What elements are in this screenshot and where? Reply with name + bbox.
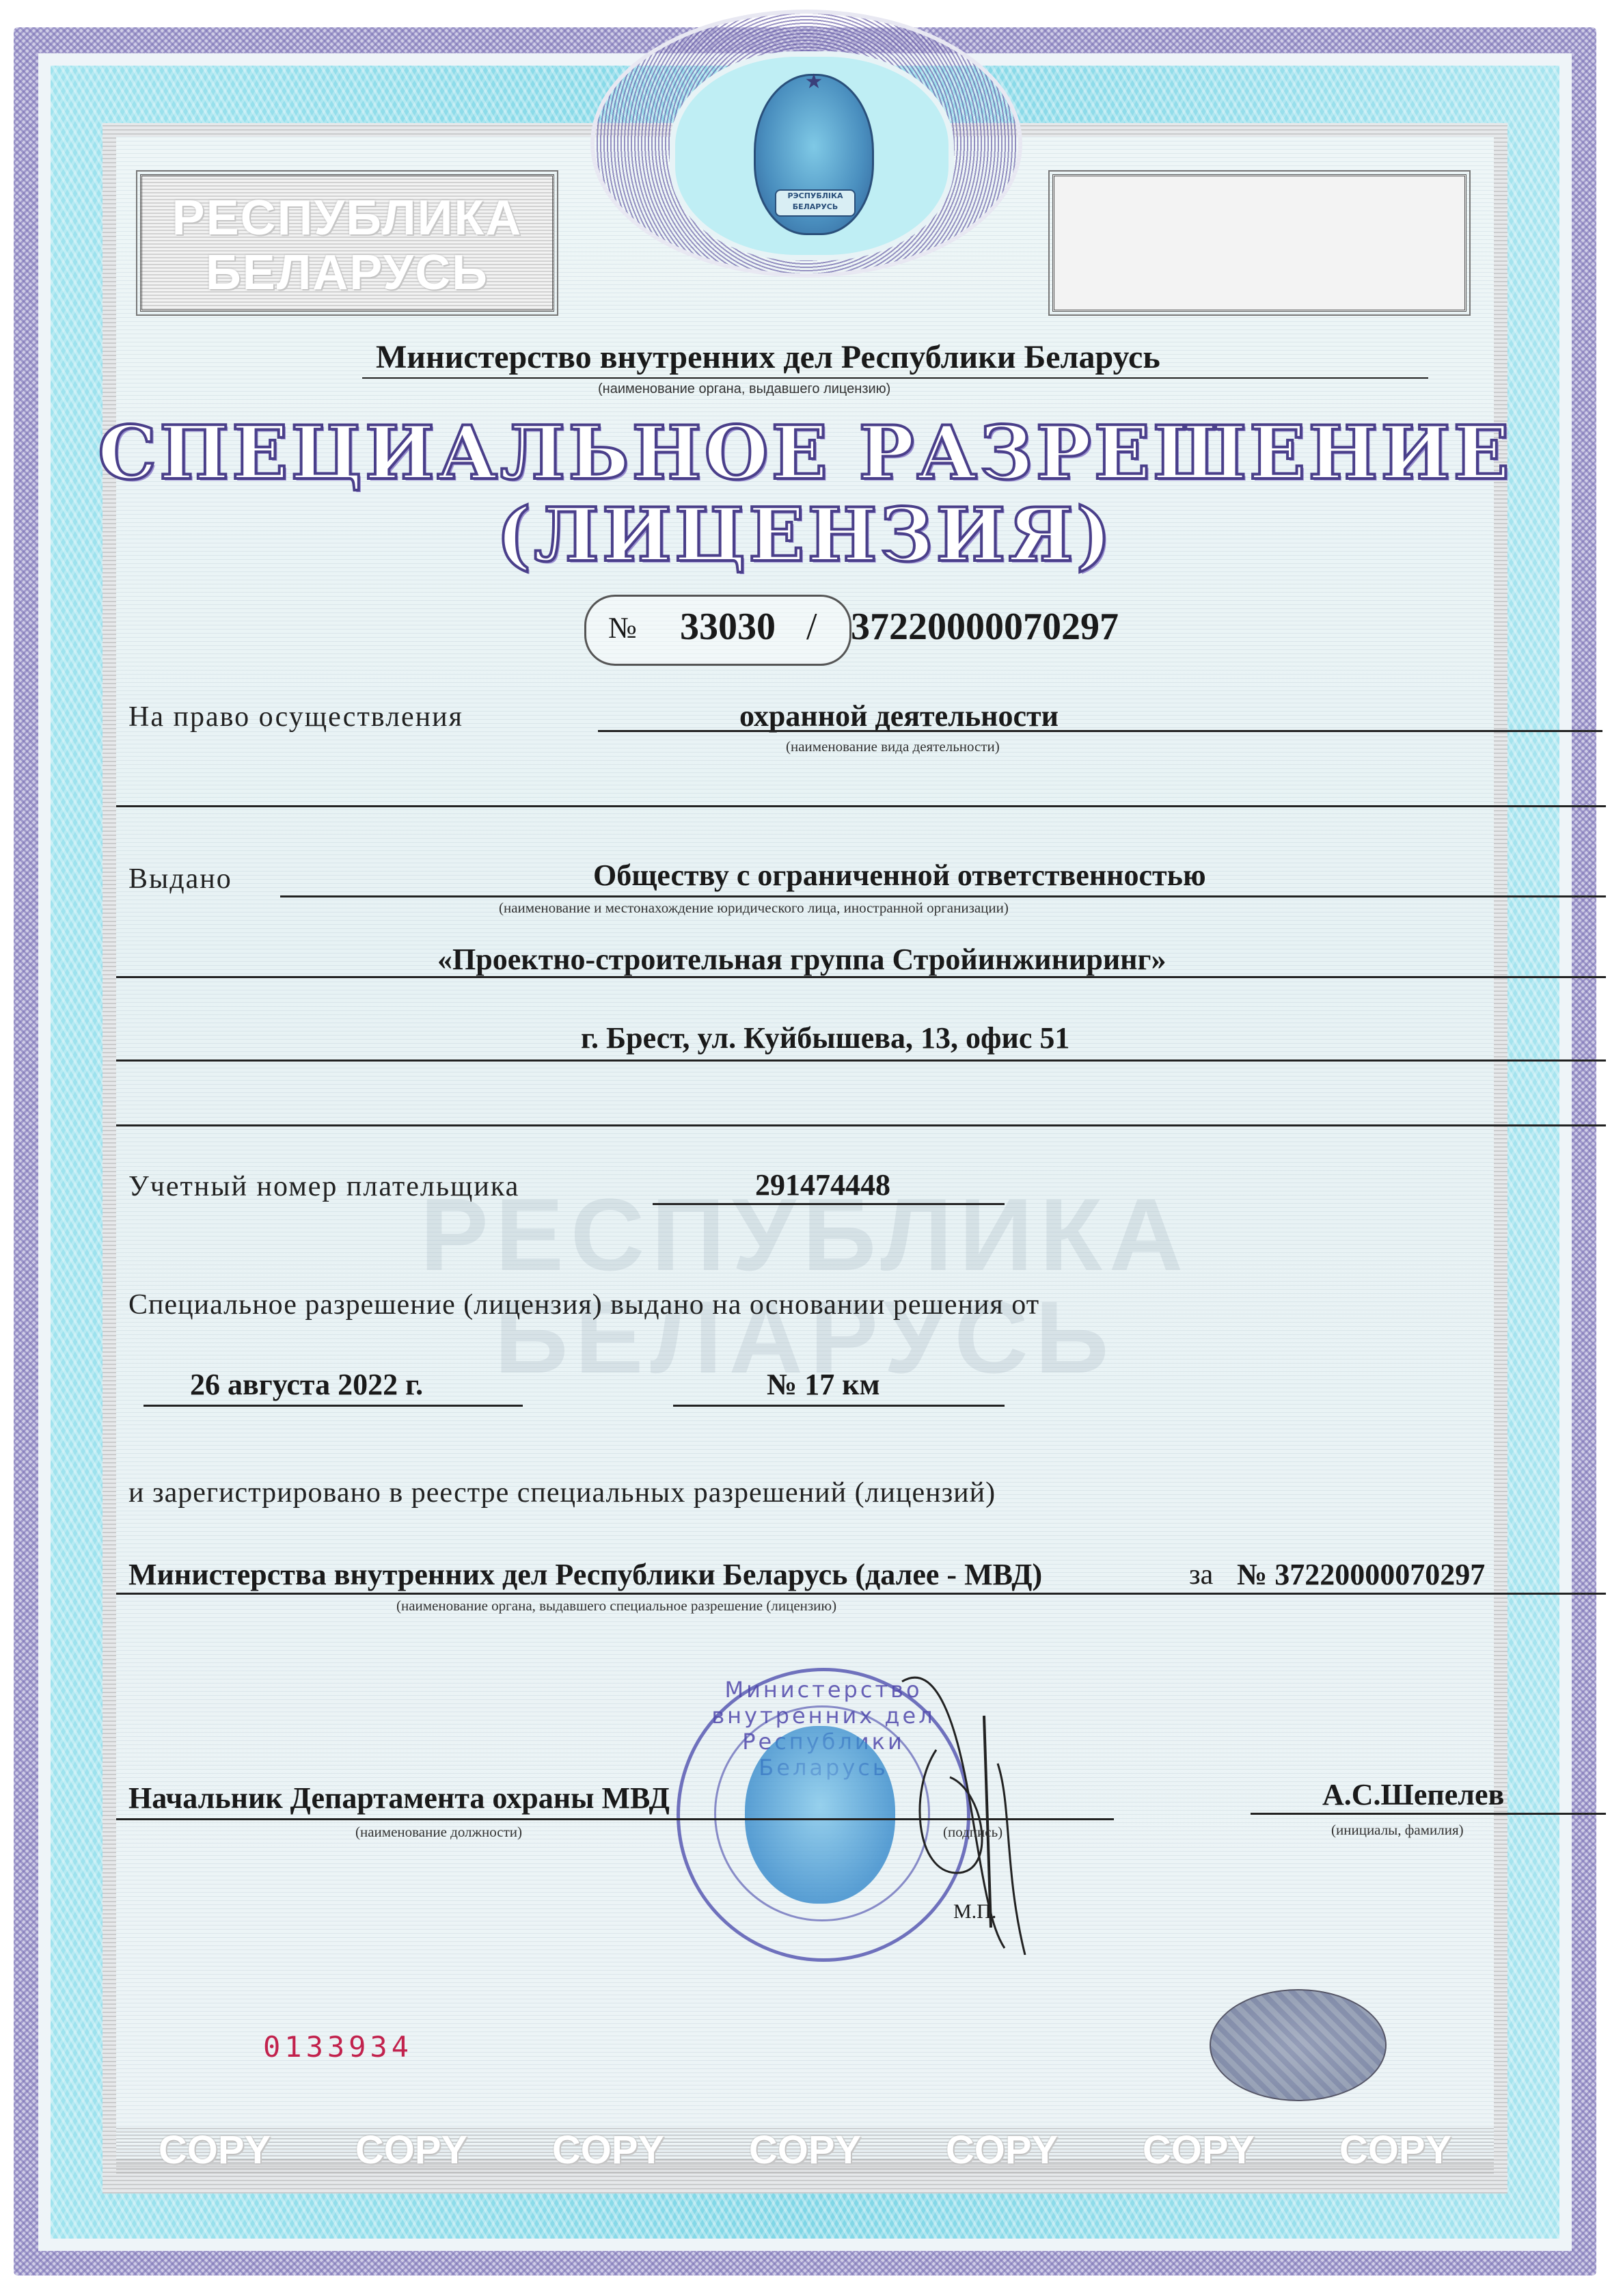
registry-number: 37220000070297: [851, 605, 1119, 649]
taxpayer-number: 291474448: [755, 1167, 890, 1202]
emblem-background: ★ РЭСПУБЛІКА БЕЛАРУСЬ: [670, 51, 954, 260]
emblem-ribbon: РЭСПУБЛІКА БЕЛАРУСЬ: [775, 189, 856, 217]
activity-second-line: [116, 805, 1606, 807]
signatory-name-caption: (инициалы, фамилия): [1331, 1822, 1464, 1839]
issued-to-underline1: [280, 895, 1606, 897]
issuing-authority: Министерство внутренних дел Республики Б…: [376, 338, 1160, 376]
country-title-line1: РЕСПУБЛИКА: [142, 190, 552, 246]
seal-coat-of-arms-icon: [745, 1726, 895, 1904]
signatory-name: А.С.Шепелев: [1322, 1777, 1504, 1812]
registry-caption: (наименование органа, выдавшего специаль…: [396, 1597, 836, 1615]
registry-authority: Министерства внутренних дел Республики Б…: [128, 1557, 1042, 1592]
issued-to-address: г. Брест, ул. Куйбышева, 13, офис 51: [581, 1021, 1069, 1055]
copy-mark: COPY: [1143, 2127, 1255, 2173]
copy-mark: COPY: [159, 2127, 271, 2173]
signature-caption: (подпись): [943, 1824, 1002, 1841]
issued-to-underline2: [116, 976, 1606, 978]
decision-date-underline: [144, 1405, 523, 1407]
document-subtitle: (ЛИЦЕНЗИЯ): [0, 492, 1610, 578]
copy-mark: COPY: [355, 2127, 467, 2173]
emblem-ribbon-line2: БЕЛАРУСЬ: [776, 202, 854, 213]
issued-to-label: Выдано: [128, 863, 232, 895]
form-number: 33030: [680, 605, 776, 649]
registry-number-value: № 37220000070297: [1237, 1557, 1485, 1592]
activity-caption: (наименование вида деятельности): [786, 738, 1000, 755]
activity-label: На право осуществления: [128, 701, 463, 733]
issued-to-line2: «Проектно-строительная группа Стройинжин…: [437, 942, 1166, 977]
taxpayer-label: Учетный номер плательщика: [128, 1170, 519, 1203]
issued-to-underline4: [116, 1124, 1606, 1126]
coat-of-arms-icon: ★ РЭСПУБЛІКА БЕЛАРУСЬ: [754, 74, 874, 235]
registry-for-label: за: [1189, 1558, 1213, 1591]
activity-underline: [598, 730, 1602, 732]
country-title-box: РЕСПУБЛИКА БЕЛАРУСЬ: [140, 174, 554, 312]
hologram-sticker: [1210, 1989, 1387, 2101]
issued-to-caption: (наименование и местонахождение юридичес…: [499, 900, 1009, 917]
authority-caption: (наименование органа, выдавшего лицензию…: [598, 381, 890, 397]
issued-to-line1: Обществу с ограниченной ответственностью: [593, 858, 1206, 893]
registry-text: и зарегистрировано в реестре специальных…: [128, 1476, 996, 1509]
emblem-ribbon-line1: РЭСПУБЛІКА: [776, 191, 854, 202]
star-icon: ★: [805, 72, 823, 92]
copy-strip: COPY COPY COPY COPY COPY COPY COPY: [116, 2126, 1494, 2174]
authority-underline: [362, 377, 1428, 379]
signatory-position: Начальник Департамента охраны МВД: [128, 1781, 670, 1815]
document-title: СПЕЦИАЛЬНОЕ РАЗРЕШЕНИЕ: [0, 410, 1610, 496]
copy-mark: COPY: [1339, 2127, 1451, 2173]
registry-underline: [116, 1593, 1606, 1595]
serial-number: 0133934: [263, 2030, 413, 2064]
decision-text: Специальное разрешение (лицензия) выдано…: [128, 1288, 1039, 1321]
state-emblem-rosette: ★ РЭСПУБЛІКА БЕЛАРУСЬ: [595, 14, 1018, 273]
number-separator: /: [806, 605, 817, 649]
country-title-line2: БЕЛАРУСЬ: [142, 245, 552, 301]
blank-corner-box: [1052, 174, 1466, 312]
copy-mark: COPY: [552, 2127, 664, 2173]
decision-date: 26 августа 2022 г.: [190, 1367, 423, 1402]
signatory-position-caption: (наименование должности): [355, 1824, 522, 1841]
activity-value: охранной деятельности: [739, 699, 1059, 733]
signatory-name-underline: [1251, 1813, 1606, 1815]
decision-number: № 17 км: [767, 1367, 880, 1402]
taxpayer-underline: [653, 1203, 1005, 1205]
copy-mark: COPY: [946, 2127, 1058, 2173]
issued-to-underline3: [116, 1059, 1606, 1062]
number-sign: №: [608, 610, 637, 645]
signatory-position-underline: [116, 1818, 1114, 1820]
seal-mark: М.П.: [953, 1900, 996, 1923]
decision-number-underline: [673, 1405, 1005, 1407]
copy-mark: COPY: [749, 2127, 861, 2173]
